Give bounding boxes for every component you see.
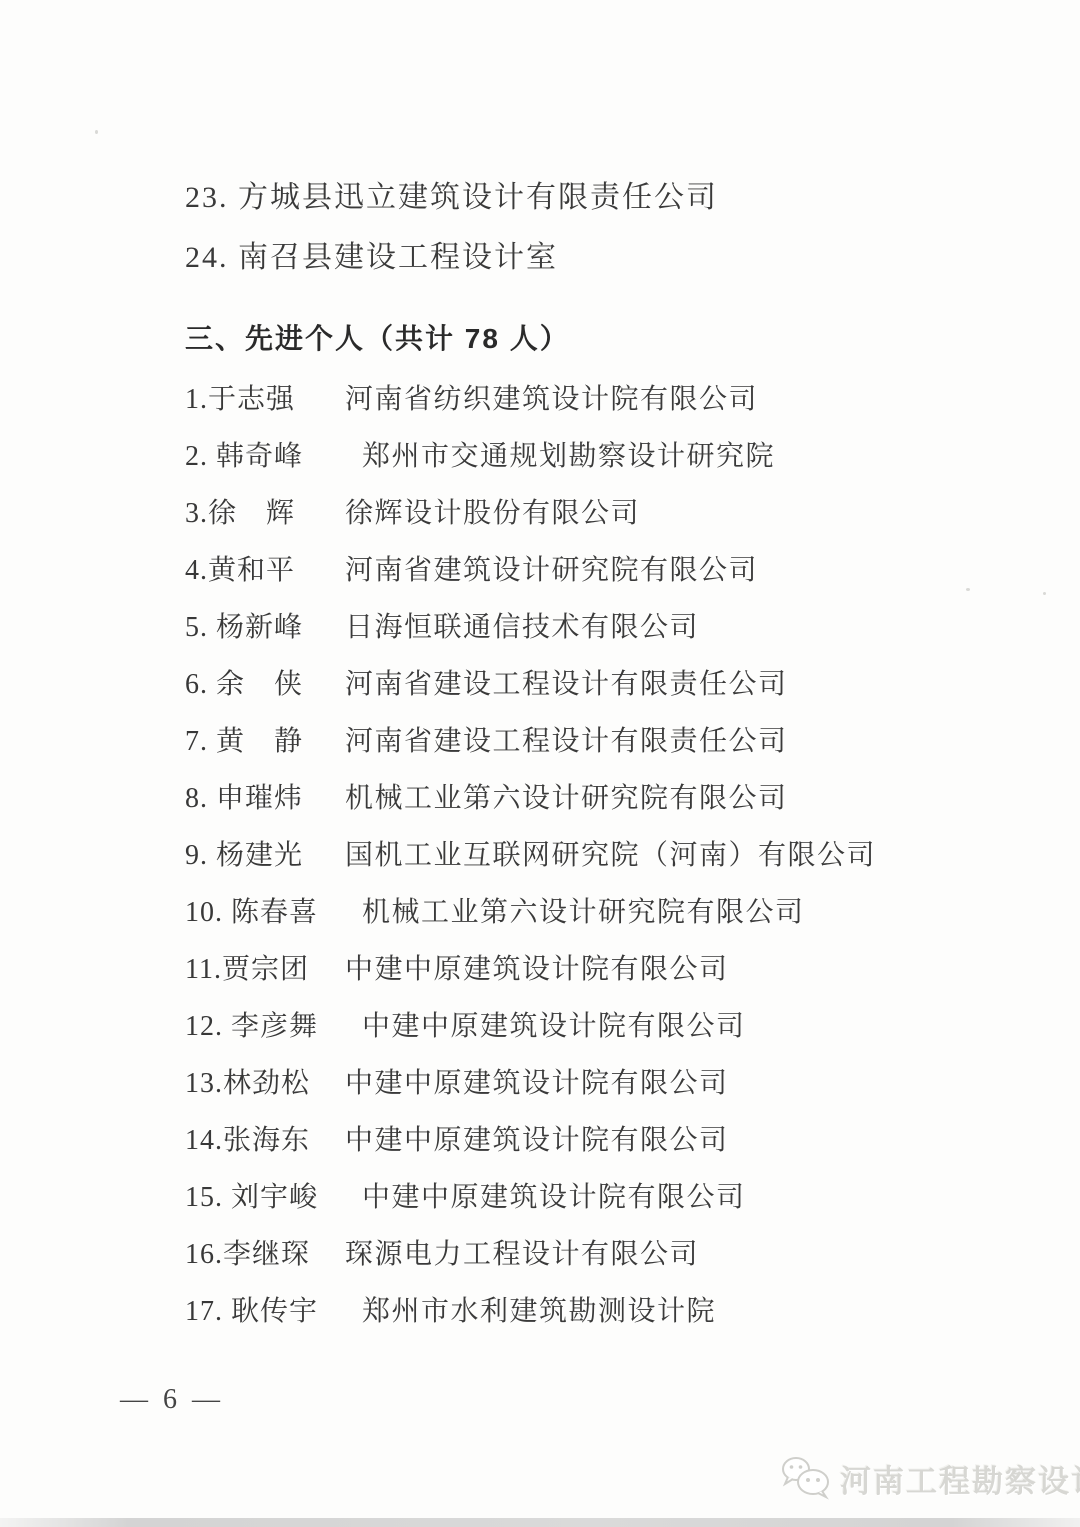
person-label: 4.黄和平 (185, 556, 345, 586)
item-number: 23. (185, 181, 229, 214)
row-number: 3. (185, 498, 208, 529)
person-name: 陈春喜 (223, 897, 318, 928)
company-name: 河南省建设工程设计有限责任公司 (345, 727, 788, 757)
company-name: 机械工业第六设计研究院有限公司 (345, 898, 805, 928)
individual-row: 1.于志强 河南省纺织建筑设计院有限公司 (185, 385, 1025, 415)
individual-row: 9. 杨建光 国机工业互联网研究院（河南）有限公司 (185, 841, 1025, 871)
person-name: 韩奇峰 (208, 441, 303, 472)
company-name: 机械工业第六设计研究院有限公司 (345, 784, 788, 814)
individual-row: 12. 李彦舞 中建中原建筑设计院有限公司 (185, 1012, 1025, 1042)
individual-row: 15. 刘宇峻 中建中原建筑设计院有限公司 (185, 1183, 1025, 1213)
person-name: 杨新峰 (208, 612, 303, 643)
company-name: 郑州市交通规划勘察设计研究院 (345, 442, 775, 472)
individual-row: 16.李继琛 琛源电力工程设计有限公司 (185, 1240, 1025, 1270)
person-label: 17. 耿传宇 (185, 1297, 345, 1327)
company-list-item: 23. 方城县迅立建筑设计有限责任公司 (185, 183, 1025, 213)
person-name: 徐 辉 (208, 498, 295, 529)
row-number: 11. (185, 954, 222, 985)
company-name: 郑州市水利建筑勘测设计院 (345, 1297, 716, 1327)
row-number: 13. (185, 1068, 223, 1099)
document-page: 23. 方城县迅立建筑设计有限责任公司 24. 南召县建设工程设计室 三、先进个… (0, 0, 1080, 1527)
section-heading: 三、先进个人（共计 78 人） (185, 323, 1025, 355)
individual-row: 13.林劲松 中建中原建筑设计院有限公司 (185, 1069, 1025, 1099)
person-label: 12. 李彦舞 (185, 1012, 345, 1042)
individual-row: 14.张海东 中建中原建筑设计院有限公司 (185, 1126, 1025, 1156)
row-number: 12. (185, 1011, 223, 1042)
row-number: 6. (185, 669, 208, 700)
company-list-item: 24. 南召县建设工程设计室 (185, 243, 1025, 273)
company-name: 方城县迅立建筑设计有限责任公司 (229, 181, 719, 214)
document-body: 23. 方城县迅立建筑设计有限责任公司 24. 南召县建设工程设计室 三、先进个… (185, 183, 1025, 1354)
scan-artifact (1043, 592, 1046, 595)
row-number: 4. (185, 555, 208, 586)
individual-row: 4.黄和平 河南省建筑设计研究院有限公司 (185, 556, 1025, 586)
person-name: 林劲松 (223, 1068, 310, 1099)
company-name: 琛源电力工程设计有限公司 (345, 1240, 699, 1270)
individual-row: 17. 耿传宇 郑州市水利建筑勘测设计院 (185, 1297, 1025, 1327)
row-number: 10. (185, 897, 223, 928)
person-label: 11.贾宗团 (185, 955, 345, 985)
scan-artifact (95, 130, 98, 134)
scan-artifact (966, 588, 970, 591)
person-label: 3.徐 辉 (185, 499, 345, 529)
row-number: 17. (185, 1296, 223, 1327)
person-name: 贾宗团 (222, 954, 309, 985)
wechat-icon (778, 1454, 834, 1502)
person-label: 5. 杨新峰 (185, 613, 345, 643)
person-name: 李彦舞 (223, 1011, 318, 1042)
row-number: 16. (185, 1239, 223, 1270)
watermark-text: 河南工程勘察设计 (840, 1456, 1080, 1501)
item-number: 24. (185, 241, 229, 274)
individual-row: 2. 韩奇峰 郑州市交通规划勘察设计研究院 (185, 442, 1025, 472)
person-label: 16.李继琛 (185, 1240, 345, 1270)
company-name: 中建中原建筑设计院有限公司 (345, 1012, 746, 1042)
person-name: 余 侠 (208, 669, 303, 700)
person-label: 14.张海东 (185, 1126, 345, 1156)
person-label: 2. 韩奇峰 (185, 442, 345, 472)
company-name: 河南省纺织建筑设计院有限公司 (345, 385, 758, 415)
individual-row: 6. 余 侠 河南省建设工程设计有限责任公司 (185, 670, 1025, 700)
company-name: 日海恒联通信技术有限公司 (345, 613, 699, 643)
company-name: 国机工业互联网研究院（河南）有限公司 (345, 841, 876, 871)
row-number: 9. (185, 840, 208, 871)
row-number: 15. (185, 1182, 223, 1213)
person-name: 李继琛 (223, 1239, 310, 1270)
person-name: 黄和平 (208, 555, 295, 586)
person-label: 13.林劲松 (185, 1069, 345, 1099)
person-name: 黄 静 (208, 726, 303, 757)
company-name: 中建中原建筑设计院有限公司 (345, 1126, 729, 1156)
individual-row: 5. 杨新峰 日海恒联通信技术有限公司 (185, 613, 1025, 643)
individual-row: 3.徐 辉 徐辉设计股份有限公司 (185, 499, 1025, 529)
person-label: 9. 杨建光 (185, 841, 345, 871)
person-label: 10. 陈春喜 (185, 898, 345, 928)
row-number: 2. (185, 441, 208, 472)
person-label: 7. 黄 静 (185, 727, 345, 757)
company-name: 徐辉设计股份有限公司 (345, 499, 640, 529)
person-label: 8. 申璀炜 (185, 784, 345, 814)
company-name: 河南省建设工程设计有限责任公司 (345, 670, 788, 700)
individuals-list: 1.于志强 河南省纺织建筑设计院有限公司 2. 韩奇峰 郑州市交通规划勘察设计研… (185, 385, 1025, 1327)
person-label: 6. 余 侠 (185, 670, 345, 700)
individual-row: 10. 陈春喜 机械工业第六设计研究院有限公司 (185, 898, 1025, 928)
person-label: 15. 刘宇峻 (185, 1183, 345, 1213)
footer-watermark: 河南工程勘察设计 (778, 1452, 1080, 1504)
individual-row: 7. 黄 静 河南省建设工程设计有限责任公司 (185, 727, 1025, 757)
company-name: 中建中原建筑设计院有限公司 (345, 955, 729, 985)
company-name: 南召县建设工程设计室 (229, 241, 559, 274)
individual-row: 8. 申璀炜 机械工业第六设计研究院有限公司 (185, 784, 1025, 814)
individual-row: 11.贾宗团 中建中原建筑设计院有限公司 (185, 955, 1025, 985)
company-name: 中建中原建筑设计院有限公司 (345, 1183, 746, 1213)
person-name: 刘宇峻 (223, 1182, 318, 1213)
person-name: 杨建光 (208, 840, 303, 871)
person-name: 耿传宇 (223, 1296, 318, 1327)
bottom-edge-strip (0, 1518, 1080, 1527)
person-label: 1.于志强 (185, 385, 345, 415)
person-name: 于志强 (208, 384, 295, 415)
person-name: 申璀炜 (208, 783, 303, 814)
row-number: 7. (185, 726, 208, 757)
company-name: 河南省建筑设计研究院有限公司 (345, 556, 758, 586)
row-number: 1. (185, 384, 208, 415)
row-number: 8. (185, 783, 208, 814)
row-number: 14. (185, 1125, 223, 1156)
company-name: 中建中原建筑设计院有限公司 (345, 1069, 729, 1099)
row-number: 5. (185, 612, 208, 643)
page-number: — 6 — (120, 1384, 224, 1416)
person-name: 张海东 (223, 1125, 310, 1156)
